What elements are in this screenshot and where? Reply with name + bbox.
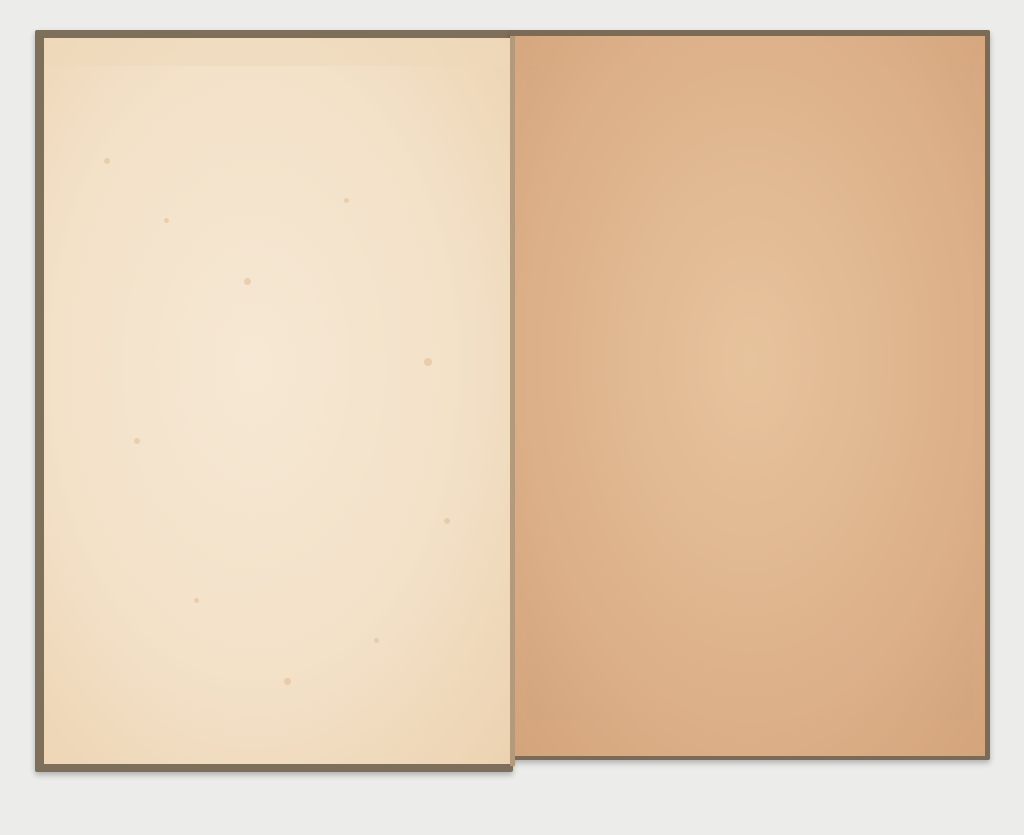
foxing-spot <box>164 218 169 223</box>
foxing-spot <box>244 278 251 285</box>
foxing-spot <box>134 438 140 444</box>
left-turn-in <box>44 38 510 66</box>
right-page-center <box>527 66 973 720</box>
right-endpaper <box>515 36 985 756</box>
foxing-spot <box>424 358 432 366</box>
left-endpaper <box>44 38 510 764</box>
foxing-spot <box>374 638 379 643</box>
foxing-spot <box>344 198 349 203</box>
foxing-spot <box>194 598 199 603</box>
foxing-spot <box>284 678 291 685</box>
foxing-spot <box>104 158 110 164</box>
foxing-spot <box>444 518 450 524</box>
